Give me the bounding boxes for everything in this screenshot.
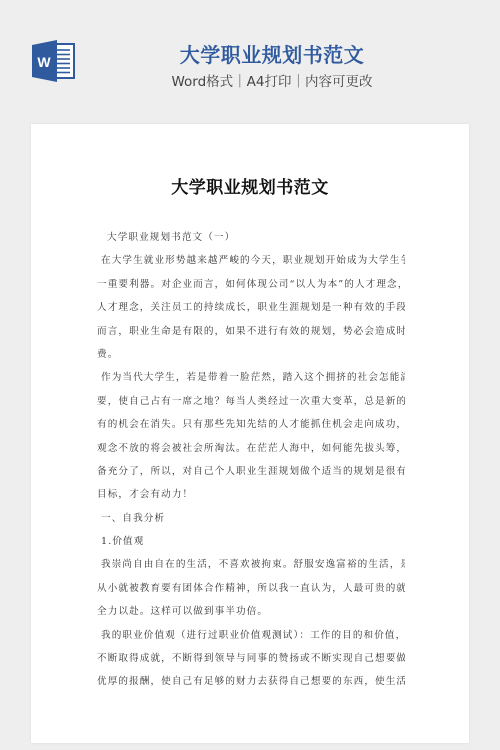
paragraph-line: 人才理念，关注员工的持续成长，职业生涯规划是一种有效的手段；而对每个人 [97, 296, 405, 319]
paragraph-line: 备充分了，所以，对自己个人职业生涯规划做个适当的规划是很有必要的。有了 [97, 460, 405, 483]
paragraph-line: 我崇尚自由自在的生活，不喜欢被拘束。舒服安逸富裕的生活，是我的向往。 [97, 553, 405, 576]
section-heading: 一、自我分析 [97, 507, 405, 530]
word-document-icon: W [32, 40, 76, 82]
section-heading: 大学职业规划书范文（一） [97, 226, 405, 249]
document-body: 大学职业规划书范文（一） 在大学生就业形势越来越严峻的今天，职业规划开始成为大学… [97, 226, 405, 694]
paragraph-line: 观念不放的将会被社会所淘汰。在茫茫人海中，如何能先拔头筹，就看你是否准 [97, 437, 405, 460]
paragraph-line: 全力以赴。这样可以做到事半功倍。 [97, 600, 405, 623]
document-title: 大学职业规划书范文 [31, 176, 469, 200]
svg-text:W: W [37, 54, 51, 70]
header-subtitle: Word格式｜A4打印｜内容可更改 [160, 72, 384, 92]
paragraph-line: 我的职业价值观（进行过职业价值观测试）：工作的目的和价值，在于不断创新， [97, 624, 405, 647]
paragraph-line: 一重要利器。对企业而言，如何体现公司“以人为本”的人才理念，关注员工的 [97, 273, 405, 296]
document-page: 大学职业规划书范文 大学职业规划书范文（一） 在大学生就业形势越来越严峻的今天，… [31, 124, 469, 743]
paragraph-line: 在大学生就业形势越来越严峻的今天，职业规划开始成为大学生争夺战中的另 [97, 249, 405, 272]
subsection-heading: 1.价值观 [97, 530, 405, 553]
paragraph-line: 费。 [97, 343, 405, 366]
paragraph-line: 有的机会在消失。只有那些先知先结的人才能抓住机会走向成功，而那些抱着旧 [97, 413, 405, 436]
paragraph-line: 而言，职业生命是有限的，如果不进行有效的规划，势必会造成时间和生命的浪 [97, 320, 405, 343]
paragraph-line: 要，使自己占有一席之地？每当人类经过一次重大变革，总是新的机会在产生， [97, 390, 405, 413]
header-title: 大学职业规划书范文 [160, 42, 384, 68]
paragraph-line: 优厚的报酬，使自己有足够的财力去获得自己想要的东西，使生活过得较为富足。 [97, 670, 405, 693]
paragraph-line: 不断取得成就，不断得到领导与同事的赞扬或不断实现自己想要做的事。. 获得 [97, 647, 405, 670]
header-banner: W 大学职业规划书范文 Word格式｜A4打印｜内容可更改 [0, 0, 500, 124]
paragraph-line: 目标，才会有动力！ [97, 483, 405, 506]
paragraph-line: 从小就被教育要有团体合作精神，所以我一直认为，人最可贵的就是能团结合作， [97, 577, 405, 600]
paragraph-line: 作为当代大学生，若是带着一脸茫然，踏入这个拥挤的社会怎能满足社会的需 [97, 366, 405, 389]
